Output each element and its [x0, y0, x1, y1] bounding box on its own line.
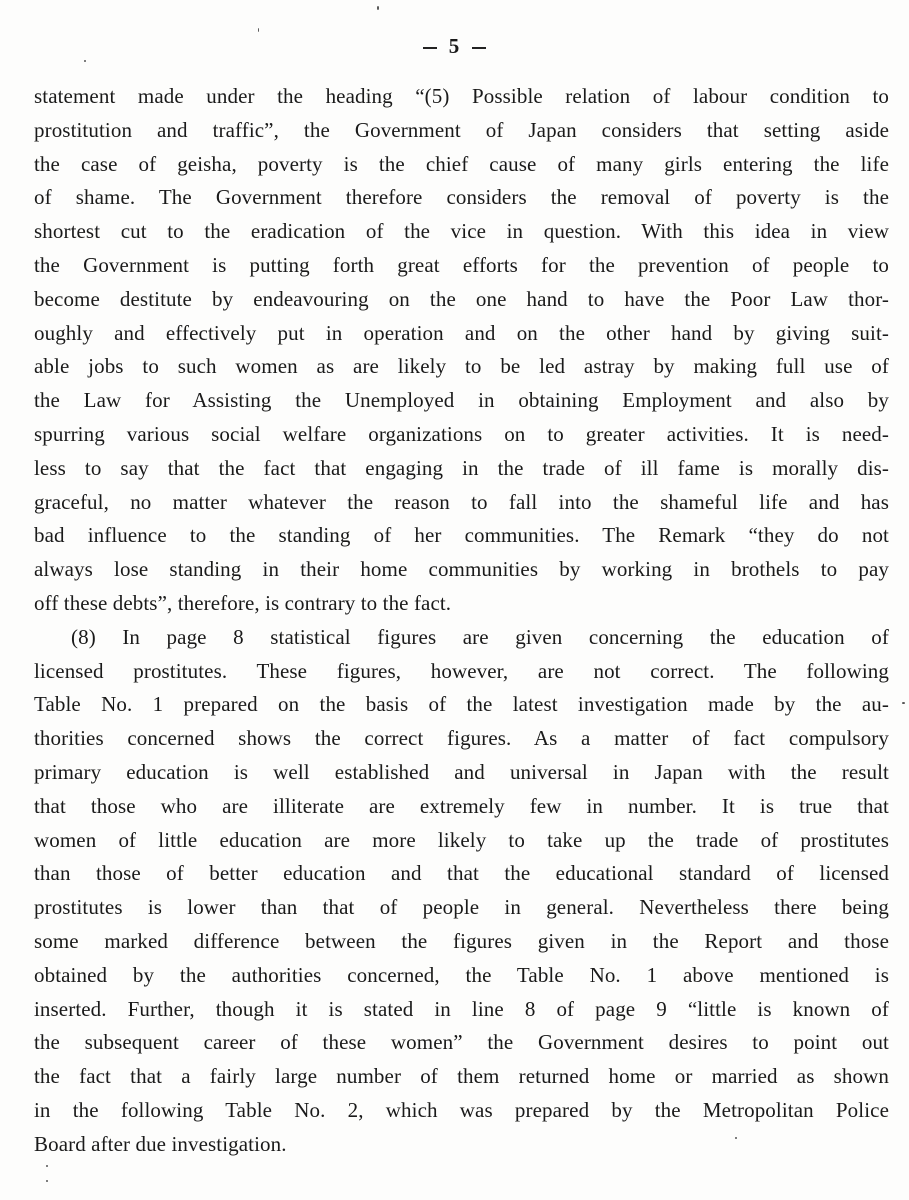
text-line: inserted. Further, though it is stated i…: [34, 993, 889, 1027]
text-line: bad influence to the standing of her com…: [34, 519, 889, 553]
page-number-value: 5: [449, 34, 461, 58]
text-line: oughly and effectively put in operation …: [34, 317, 889, 351]
text-line: the case of geisha, poverty is the chief…: [34, 148, 889, 182]
text-line: the fact that a fairly large number of t…: [34, 1060, 889, 1094]
text-line: than those of better education and that …: [34, 857, 889, 891]
scan-speck: [46, 1165, 48, 1167]
text-line: prostitution and traffic”, the Governmen…: [34, 114, 889, 148]
text-line: of shame. The Government therefore consi…: [34, 181, 889, 215]
text-line: less to say that the fact that engaging …: [34, 452, 889, 486]
text-line: the Government is putting forth great ef…: [34, 249, 889, 283]
text-line: prostitutes is lower than that of people…: [34, 891, 889, 925]
text-line: spurring various social welfare organiza…: [34, 418, 889, 452]
text-line: the Law for Assisting the Unemployed in …: [34, 384, 889, 418]
text-line: in the following Table No. 2, which was …: [34, 1094, 889, 1128]
document-page: 5 statement made under the heading “(5) …: [0, 0, 909, 1200]
text-line: Table No. 1 prepared on the basis of the…: [34, 688, 889, 722]
scan-speck: [46, 1180, 48, 1182]
text-line: always lose standing in their home commu…: [34, 553, 889, 587]
text-line: statement made under the heading “(5) Po…: [34, 80, 889, 114]
scan-speck: [377, 6, 379, 10]
page-number: 5: [0, 34, 909, 59]
text-line: graceful, no matter whatever the reason …: [34, 486, 889, 520]
text-line: some marked difference between the figur…: [34, 925, 889, 959]
scan-speck: [84, 60, 86, 62]
text-line: the subsequent career of these women” th…: [34, 1026, 889, 1060]
text-line: (8) In page 8 statistical figures are gi…: [34, 621, 889, 655]
text-line: women of little education are more likel…: [34, 824, 889, 858]
text-line: become destitute by endeavouring on the …: [34, 283, 889, 317]
body-text: statement made under the heading “(5) Po…: [34, 80, 889, 1162]
text-line: able jobs to such women as are likely to…: [34, 350, 889, 384]
page-number-dash-right: [472, 47, 486, 49]
text-line: obtained by the authorities concerned, t…: [34, 959, 889, 993]
text-line: primary education is well established an…: [34, 756, 889, 790]
text-line: that those who are illiterate are extrem…: [34, 790, 889, 824]
text-line: licensed prostitutes. These figures, how…: [34, 655, 889, 689]
text-line: shortest cut to the eradication of the v…: [34, 215, 889, 249]
page-number-dash-left: [423, 47, 437, 49]
scan-speck: [258, 28, 259, 32]
scan-speck: [735, 1137, 737, 1139]
text-line: off these debts”, therefore, is contrary…: [34, 587, 889, 621]
text-line: thorities concerned shows the correct fi…: [34, 722, 889, 756]
text-line: Board after due investigation.: [34, 1128, 889, 1162]
scan-speck: [902, 702, 905, 704]
